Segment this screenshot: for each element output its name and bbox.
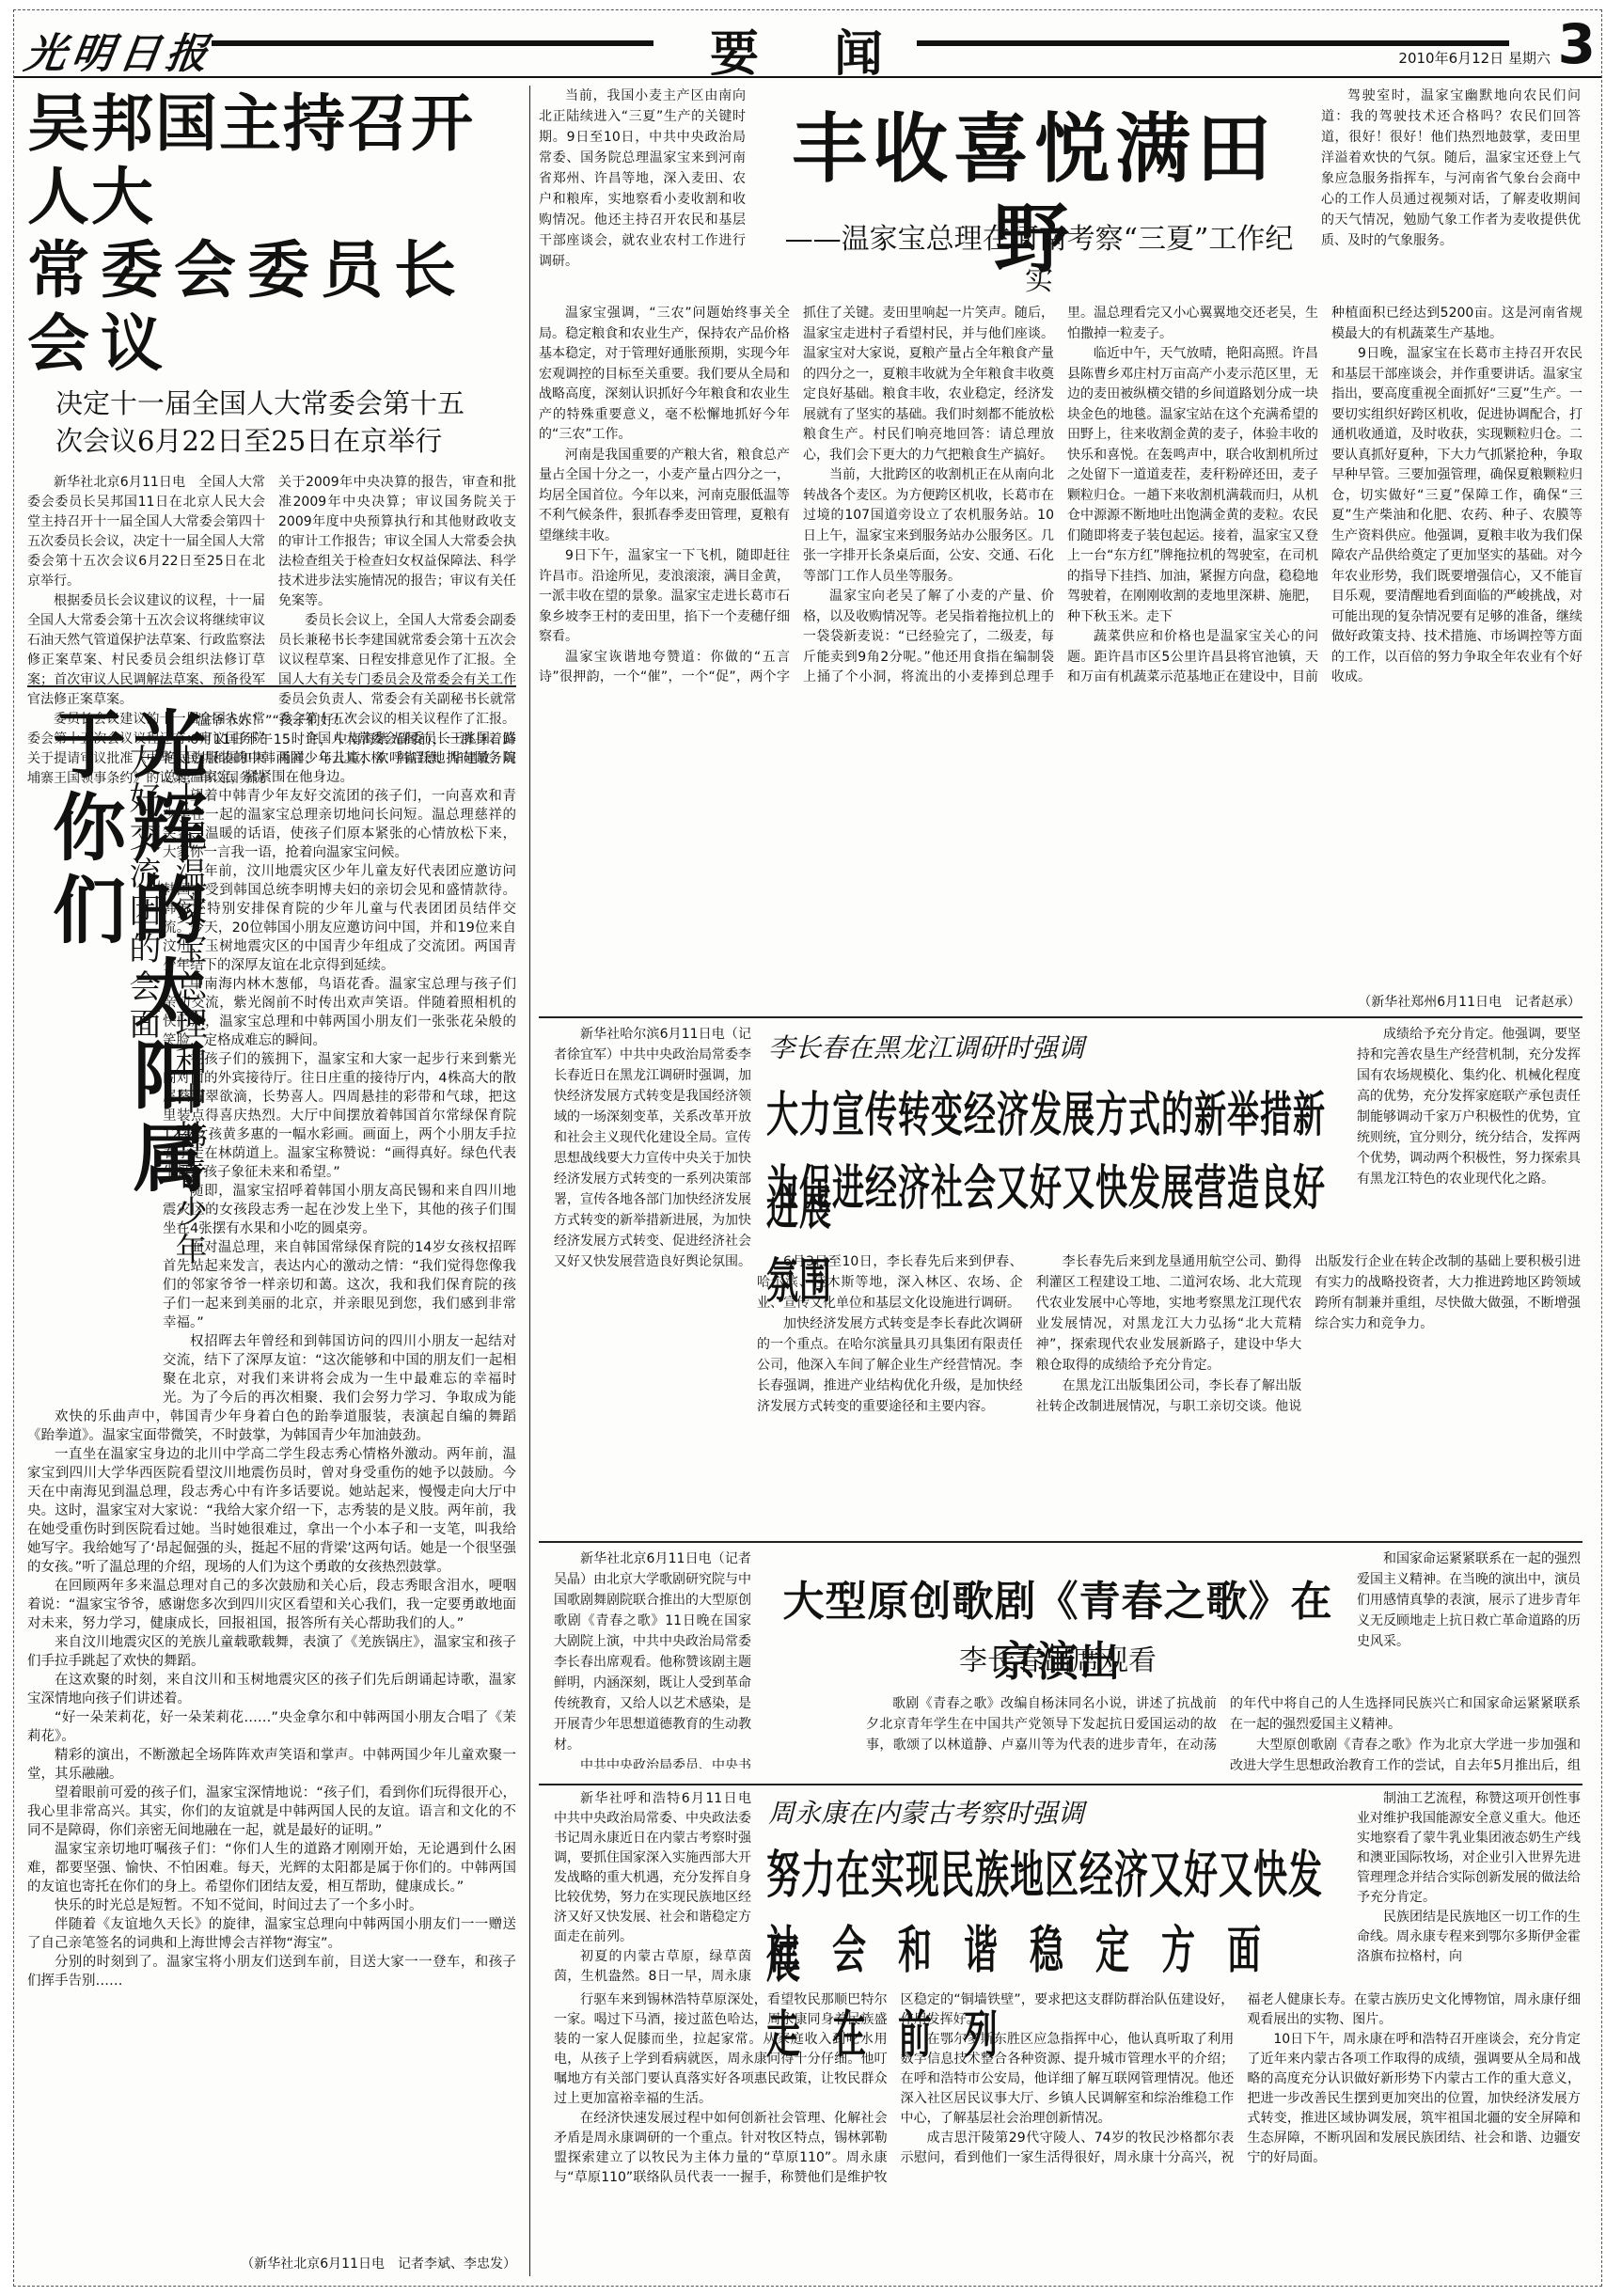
paragraph: 李长春先后来到龙垦通用航空公司、勤得利灌区工程建设工地、二道河农场、北大荒现代农… (1036, 1251, 1302, 1376)
feng-byline: （新华社郑州6月11日电 记者赵承） (1321, 992, 1581, 1011)
lcc-lead-left: 新华社哈尔滨6月11日电（记者徐宜军）中共中央政治局常委李长春近日在黑龙江调研时… (554, 1024, 751, 1449)
qczg-lead-left: 新华社北京6月11日电（记者吴晶）由北京大学歌剧研究院与中国歌剧舞剧院联合推出的… (554, 1549, 751, 1769)
paragraph: 在回顾两年多来温总理对自己的多次鼓励和关心后，段志秀眼含泪水，哽咽着说：“温家宝… (27, 1577, 516, 1633)
masthead-rule-right (917, 40, 1509, 46)
paragraph: 随即，温家宝招呼着韩国小朋友高民锡和来自四川地震灾区的女孩段志秀一起在沙发上坐下… (163, 1182, 516, 1238)
feng-subhead: ——温家宝总理在河南考察“三夏”工作纪实 (776, 215, 1302, 298)
lcc-kicker: 李长春在黑龙江调研时强调 (768, 1028, 1084, 1065)
paragraph: 在孩子们的簇拥下，温家宝和大家一起步行来到紫光阁对面的外宾接待厅。往日庄重的接待… (163, 1050, 516, 1182)
masthead-rule-left (212, 40, 653, 46)
section-divider (539, 1016, 1582, 1018)
lcc-body: 6月3日至10日，李长春先后来到伊春、哈尔滨、佳木斯等地，深入林区、农场、企业、… (757, 1251, 1581, 1533)
section-divider (27, 685, 516, 687)
paragraph: 初夏的内蒙古草原，绿草茵茵，生机盎然。8日一早，周永康一行驱车来到锡林浩特草原深… (554, 1947, 751, 1989)
paragraph: 分别的时刻到了。温家宝将小朋友们送到车前，目送大家一一登车，和孩子们挥手告别…… (27, 1953, 516, 1990)
newspaper-logo: 光明日报 (22, 20, 218, 80)
article-byline: （新华社北京6月11日电 记者李斌、李忠发） (27, 2254, 516, 2272)
paragraph: 新华社哈尔滨6月11日电（记者徐宜军）中共中央政治局常委李长春近日在黑龙江调研时… (554, 1024, 751, 1272)
newspaper-page: 光明日报 要闻 2010年6月12日 星期六 3 吴邦国主持召开人大 常委会委员… (13, 9, 1602, 2287)
paragraph: 在鄂尔多斯东胜区应急指挥中心，他认真听取了利用数字信息技术整合各种资源、提升城市… (901, 2030, 1235, 2129)
paragraph: 河南是我国重要的产粮大省，粮食总产量占全国十分之一，小麦产量占四分之一，均居全国… (539, 446, 790, 547)
paragraph: 6月11日下午15时许，中南海紫光阁前，一群身着鲜艳民族服装的中韩两国少年儿童，… (163, 731, 516, 787)
zyk-body: 行驱车来到锡林浩特草原深处，看望牧民那顺巴特尔一家。喝过下马酒，接过蓝色哈达，周… (554, 1990, 1581, 2269)
qczg-lead-right: 和国家命运紧紧联系在一起的强烈爱国主义精神。在当晚的演出中，演员们用感情真挚的表… (1357, 1549, 1581, 1690)
feng-lead-right: 驾驶室时，温家宝幽默地向农民们问道：我的驾驶技术还合格吗？农民们回答道，很好！很… (1321, 86, 1581, 304)
article-body-bottom: 欢快的乐曲声中，韩国青少年身着白色的跆拳道服装，表演起自编的舞蹈《跆拳道》。温家… (27, 1407, 516, 2252)
paragraph: 9日晚，温家宝在长葛市主持召开农民和基层干部座谈会，并作重要讲话。温家宝指出，要… (1331, 344, 1582, 688)
paragraph: 制油工艺流程，称赞这项开创性事业对维护我国能源安全意义重大。他还实地察看了蒙牛乳… (1357, 1789, 1581, 1908)
paragraph: 行驱车来到锡林浩特草原深处，看望牧民那顺巴特尔一家。喝过下马酒，接过蓝色哈达，周… (554, 1990, 888, 2109)
issue-date: 2010年6月12日 星期六 (1398, 48, 1551, 68)
paragraph: 新华社北京6月11日电 全国人大常委会委员长吴邦国11日在北京人民大会堂主持召开… (27, 473, 265, 591)
paragraph: 成绩给予充分肯定。他强调，要坚持和完善农垦生产经营机制，充分发挥国有农场规模化、… (1357, 1024, 1581, 1189)
section-title: 要闻 (710, 14, 958, 85)
paragraph: 6月3日至10日，李长春先后来到伊春、哈尔滨、佳木斯等地，深入林区、农场、企业、… (757, 1251, 1023, 1313)
paragraph: 当前，大批跨区的收割机正在从南向北转战各个麦区。为方便跨区机收，长葛市在过境的1… (803, 465, 1054, 587)
paragraph: 新华社北京6月11日电（记者吴晶）由北京大学歌剧研究院与中国歌剧舞剧院联合推出的… (554, 1549, 751, 1755)
article-body-top: “温爷爷好！”“孩子们好！” 6月11日下午15时许，中南海紫光阁前，一群身着鲜… (163, 712, 516, 1403)
paragraph: 中共中央政治局委员、中央书记处书记、中宣部部长刘云山一同观看演出。 (554, 1755, 751, 1769)
paragraph: 9日下午，温家宝一下飞机，随即赶往许昌市。沿途所见，麦浪滚滚，满目金黄，一派丰收… (539, 546, 790, 648)
paragraph: 精彩的演出，不断激起全场阵阵欢声笑语和掌声。中韩两国少年儿童欢聚一堂，其乐融融。 (27, 1746, 516, 1784)
column-divider (529, 86, 530, 2276)
paragraph: “温爷爷好！”“孩子们好！” (163, 712, 516, 731)
paragraph: 临近中午，天气放晴，艳阳高照。许昌县陈曹乡邓庄村万亩高产小麦示范区里，无边的麦田… (1067, 344, 1318, 627)
zyk-kicker: 周永康在内蒙古考察时强调 (768, 1793, 1084, 1831)
qczg-body: 歌剧《青春之歌》改编自杨沫同名小说，讲述了抗战前夕北京青年学生在中国共产党领导下… (866, 1693, 1581, 1780)
feng-lead-left: 当前，我国小麦主产区由南向北正陆续进入“三夏”生产的关键时期。9日至10日，中共… (539, 86, 746, 304)
paragraph: 快乐的时光总是短暂。不知不觉间，时间过去了一个多小时。 (27, 1896, 516, 1915)
paragraph: 面对温总理，来自韩国常绿保育院的14岁女孩权招晖首先站起来发言，表达内心的激动之… (163, 1238, 516, 1332)
paragraph: 权招晖去年曾经和到韩国访问的四川小朋友一起结对交流，结下了深厚友谊：“这次能够和… (163, 1332, 516, 1403)
paragraph: 驾驶室时，温家宝幽默地向农民们问道：我的驾驶技术还合格吗？农民们回答道，很好！很… (1321, 86, 1581, 251)
paragraph: 和国家命运紧紧联系在一起的强烈爱国主义精神。在当晚的演出中，演员们用感情真挚的表… (1357, 1549, 1581, 1652)
paragraph: 加快经济发展方式转变是李长春此次调研的一个重点。在哈尔滨量具刃具集团有限责任公司… (757, 1313, 1023, 1417)
paragraph: 望着眼前可爱的孩子们，温家宝深情地说：“孩子们，看到你们玩得很开心，我心里非常高… (27, 1784, 516, 1840)
paragraph: 10日下午，周永康在呼和浩特召开座谈会，充分肯定了近年来内蒙古各项工作取得的成绩… (1247, 2030, 1581, 2168)
feng-body: 温家宝强调，“三农”问题始终事关全局。稳定粮食和农业生产，保持农产品价格基本稳定… (539, 304, 1582, 990)
paragraph: 温家宝强调，“三农”问题始终事关全局。稳定粮食和农业生产，保持农产品价格基本稳定… (539, 304, 790, 446)
paragraph: 民族团结是民族地区一切工作的生命线。周永康专程来到鄂尔多斯伊金霍洛旗布拉格村，向 (1357, 1908, 1581, 1967)
paragraph: 根据委员长会议建议的议程，十一届全国人大常委会第十五次会议将继续审议石油天然气管… (27, 591, 265, 710)
headline-line2: 常委会委员长会议 (27, 234, 516, 381)
qczg-subhead: 李长春出席观看 (766, 1637, 1349, 1678)
lcc-lead-right: 成绩给予充分肯定。他强调，要坚持和完善农垦生产经营机制，充分发挥国有农场规模化、… (1357, 1024, 1581, 1250)
page-number: 3 (1558, 12, 1596, 76)
paragraph: 来自汶川地震灾区的羌族儿童载歌载舞，表演了《羌族锅庄》，温家宝和孩子们手拉手跳起… (27, 1633, 516, 1671)
section-divider (539, 1784, 1582, 1785)
paragraph: 中南海内林木葱郁，鸟语花香。温家宝总理与孩子们亲切交流，紫光阁前不时传出欢声笑语… (163, 975, 516, 1050)
paragraph: 当前，我国小麦主产区由南向北正陆续进入“三夏”生产的关键时期。9日至10日，中共… (539, 86, 746, 272)
paragraph: 温家宝亲切地叮嘱孩子们：“你们人生的道路才刚刚开始，无论遇到什么困难，都要坚强、… (27, 1840, 516, 1896)
paragraph: 一年前，汶川地震灾区少年儿童友好代表团应邀访问韩国，受到韩国总统李明博夫妇的亲切… (163, 862, 516, 975)
subhead-line2: 次会议6月22日至25日在京举行 (27, 422, 516, 460)
paragraph: “好一朵茉莉花，好一朵茉莉花……”央金拿尔和中韩两国小朋友合唱了《茉莉花》。 (27, 1708, 516, 1746)
paragraph: 一直坐在温家宝身边的北川中学高二学生段志秀心情格外激动。两年前，温家宝到四川大学… (27, 1445, 516, 1577)
paragraph: 伴随着《友谊地久天长》的旋律，温家宝总理向中韩两国小朋友们一一赠送了自己亲笔签名… (27, 1915, 516, 1953)
headline-line1: 吴邦国主持召开人大 (27, 87, 516, 234)
subhead-line1: 决定十一届全国人大常委会第十五 (27, 385, 516, 422)
zyk-lead-right: 制油工艺流程，称赞这项开创性事业对维护我国能源安全意义重大。他还实地察看了蒙牛乳… (1357, 1789, 1581, 1989)
paragraph: 新华社呼和浩特6月11日电 中共中央政治局常委、中央政法委书记周永康近日在内蒙古… (554, 1789, 751, 1947)
paragraph: 在这欢聚的时刻，来自汶川和玉树地震灾区的孩子们先后朗诵起诗歌，温家宝深情地向孩子… (27, 1671, 516, 1708)
masthead: 光明日报 要闻 2010年6月12日 星期六 3 (14, 10, 1601, 78)
paragraph: 望着中韩青少年友好交流团的孩子们，一向喜欢和青少年在一起的温家宝总理亲切地问长问… (163, 787, 516, 862)
paragraph: 欢快的乐曲声中，韩国青少年身着白色的跆拳道服装，表演起自编的舞蹈《跆拳道》。温家… (27, 1407, 516, 1445)
zyk-lead-left: 新华社呼和浩特6月11日电 中共中央政治局常委、中央政法委书记周永康近日在内蒙古… (554, 1789, 751, 1989)
section-divider (539, 1541, 1582, 1543)
